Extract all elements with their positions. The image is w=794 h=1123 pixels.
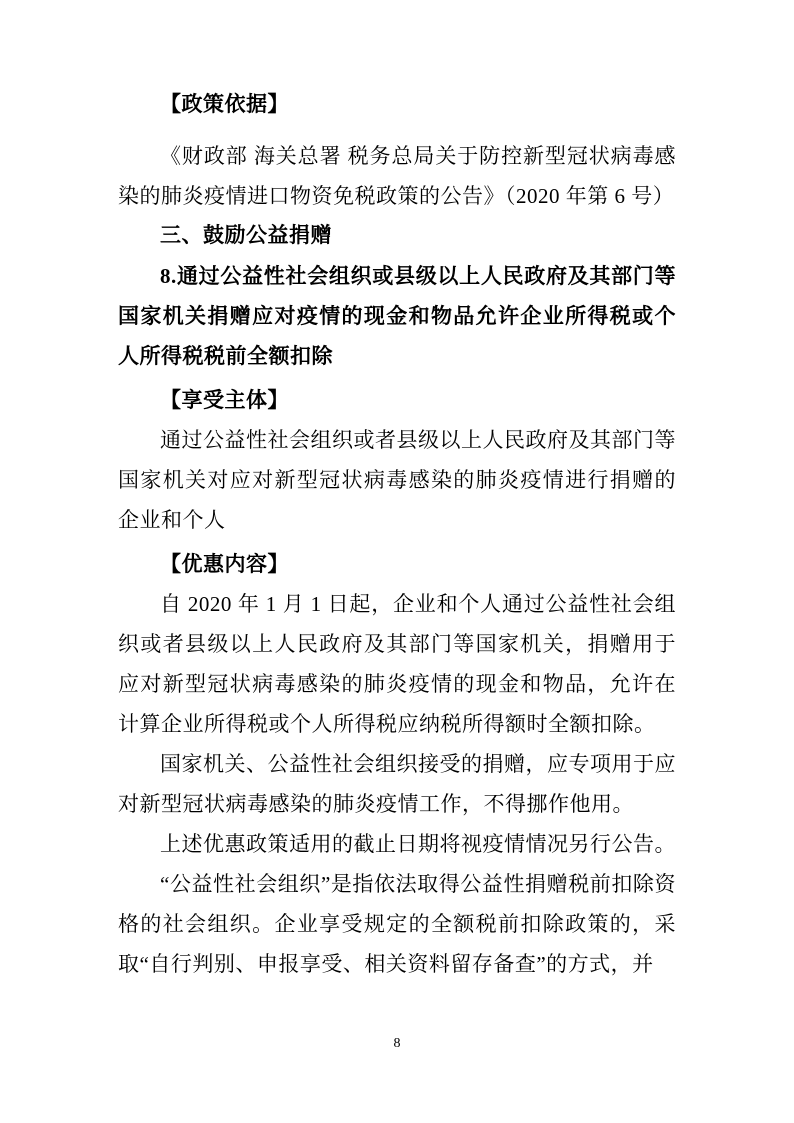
page-content: 【政策依据】 《财政部 海关总署 税务总局关于防控新型冠状病毒感染的肺炎疫情进口… (118, 84, 676, 984)
paragraph-preferential-content-3: 上述优惠政策适用的截止日期将视疫情情况另行公告。 (118, 824, 676, 864)
heading-item-8-donation-deduction: 8.通过公益性社会组织或县级以上人民政府及其部门等国家机关捐赠应对疫情的现金和物… (118, 256, 676, 376)
heading-eligible-entities: 【享受主体】 (118, 380, 676, 420)
paragraph-eligible-entities: 通过公益性社会组织或者县级以上人民政府及其部门等国家机关对应对新型冠状病毒感染的… (118, 420, 676, 540)
document-page: 【政策依据】 《财政部 海关总署 税务总局关于防控新型冠状病毒感染的肺炎疫情进口… (0, 0, 794, 1123)
paragraph-preferential-content-4: “公益性社会组织”是指依法取得公益性捐赠税前扣除资格的社会组织。企业享受规定的全… (118, 864, 676, 984)
paragraph-preferential-content-1: 自 2020 年 1 月 1 日起，企业和个人通过公益性社会组织或者县级以上人民… (118, 584, 676, 744)
heading-policy-basis: 【政策依据】 (118, 84, 676, 124)
page-number: 8 (0, 1036, 794, 1052)
paragraph-preferential-content-2: 国家机关、公益性社会组织接受的捐赠，应专项用于应对新型冠状病毒感染的肺炎疫情工作… (118, 744, 676, 824)
paragraph-policy-citation: 《财政部 海关总署 税务总局关于防控新型冠状病毒感染的肺炎疫情进口物资免税政策的… (118, 136, 676, 216)
heading-preferential-content: 【优惠内容】 (118, 544, 676, 584)
heading-section-encourage-donation: 三、鼓励公益捐赠 (118, 216, 676, 256)
